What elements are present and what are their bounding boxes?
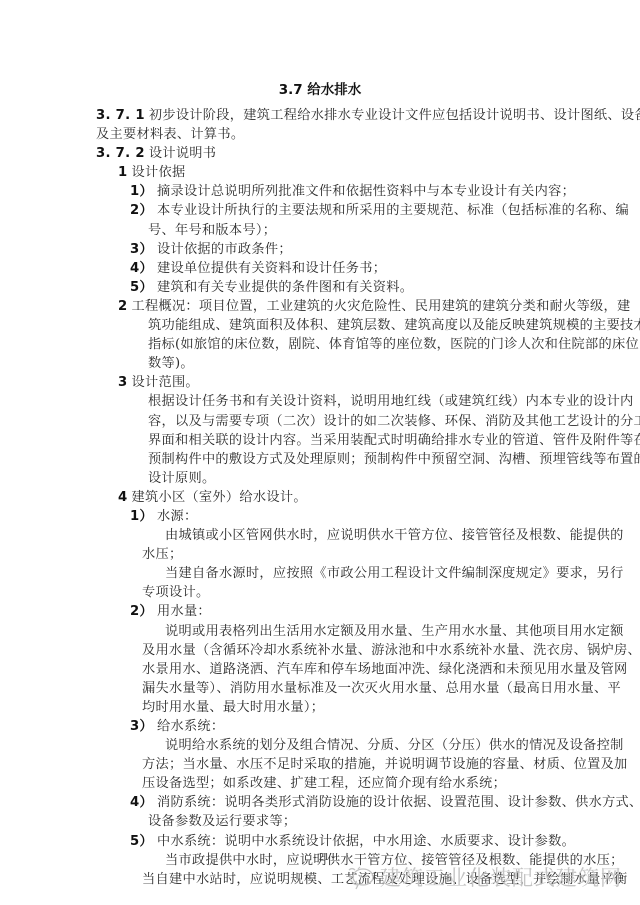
line-text: 设计依据的市政条件； xyxy=(157,242,292,257)
line-text: 用水量： xyxy=(157,604,211,619)
watermark-text: 建筑工业化装配式建筑网 xyxy=(380,862,622,892)
text-line: 3）设计依据的市政条件； xyxy=(96,240,546,259)
line-text: 给水系统： xyxy=(157,719,224,734)
clause-number: 4 xyxy=(118,490,127,505)
text-line: 漏失水量等）、消防用水量标准及一次灭火用水量、总用水量（最高日用水量、平 xyxy=(96,679,546,698)
line-text: 建筑小区（室外）给水设计。 xyxy=(131,490,306,505)
line-text: 方法；当水量、水压不足时采取的措施，并说明调节设施的容量、材质、位置及加 xyxy=(142,757,628,772)
line-text: 本专业设计所执行的主要法规和所采用的主要规范、标准（包括标准的名称、编 xyxy=(157,203,629,218)
clause-number: 3. 7. 1 xyxy=(96,108,145,123)
section-title: 3.7 给水排水 xyxy=(0,78,640,98)
text-line: 及用水量（含循环冷却水系统补水量、游泳池和中水系统补水量、洗衣房、锅炉房、 xyxy=(96,641,546,660)
text-line: 设备参数及运行要求等； xyxy=(96,812,546,831)
text-line: 预制构件中的敷设方式及处理原则；预制构件中预留空洞、沟槽、预埋管线等布置的 xyxy=(96,450,546,469)
clause-number: 5） xyxy=(130,280,153,295)
clause-number: 3. 7. 2 xyxy=(96,146,145,161)
text-line: 筑功能组成、建筑面积及体积、建筑层数、建筑高度以及能反映建筑规模的主要技术 xyxy=(96,316,546,335)
line-text: 筑功能组成、建筑面积及体积、建筑层数、建筑高度以及能反映建筑规模的主要技术 xyxy=(148,318,640,333)
line-text: 消防系统：说明各类形式消防设施的设计依据、设置范围、设计参数、供水方式、 xyxy=(157,795,640,810)
line-text: 容，以及与需要专项（二次）设计的如二次装修、环保、消防及其他工艺设计的分工 xyxy=(148,414,640,429)
text-line: 号、年号和版本号）； xyxy=(96,221,546,240)
text-line: 1）摘录设计总说明所列批准文件和依据性资料中与本专业设计有关内容； xyxy=(96,182,546,201)
text-line: 方法；当水量、水压不足时采取的措施，并说明调节设施的容量、材质、位置及加 xyxy=(96,755,546,774)
clause-number: 2 xyxy=(118,299,127,314)
clause-number: 2） xyxy=(130,203,153,218)
line-text: 压设备选型；如系改建、扩建工程，还应简介现有给水系统； xyxy=(142,776,506,791)
line-text: 预制构件中的敷设方式及处理原则；预制构件中预留空洞、沟槽、预埋管线等布置的 xyxy=(148,452,640,467)
text-line: 4）建设单位提供有关资料和设计任务书； xyxy=(96,259,546,278)
text-line: 容，以及与需要专项（二次）设计的如二次装修、环保、消防及其他工艺设计的分工 xyxy=(96,412,546,431)
clause-number: 1） xyxy=(130,509,153,524)
clause-number: 1 xyxy=(118,165,127,180)
line-text: 设计说明书 xyxy=(149,146,216,161)
text-line: 3）给水系统： xyxy=(96,717,546,736)
text-line: 5）建筑和有关专业提供的条件图和有关资料。 xyxy=(96,278,546,297)
text-line: 3设计范围。 xyxy=(96,373,546,392)
line-text: 数等)。 xyxy=(148,356,194,371)
line-text: 均时用水量、最大时用水量）； xyxy=(142,700,324,715)
document-page: 3.7 给水排水 3. 7. 1初步设计阶段，建筑工程给水排水专业设计文件应包括… xyxy=(0,0,640,905)
text-line: 2工程概况：项目位置，工业建筑的火灾危险性、民用建筑的建筑分类和耐火等级，建 xyxy=(96,297,546,316)
text-line: 3. 7. 2设计说明书 xyxy=(96,144,546,163)
text-line: 及主要材料表、计算书。 xyxy=(96,125,546,144)
line-text: 水景用水、道路浇洒、汽车库和停车场地面冲洗、绿化浇洒和未预见用水量及管网 xyxy=(142,662,628,677)
line-text: 漏失水量等）、消防用水量标准及一次灭火用水量、总用水量（最高日用水量、平 xyxy=(142,681,621,696)
clause-number: 5） xyxy=(130,834,153,849)
line-text: 建筑和有关专业提供的条件图和有关资料。 xyxy=(157,280,413,295)
text-line: 5）中水系统：说明中水系统设计依据，中水用途、水质要求、设计参数。 xyxy=(96,832,546,851)
line-text: 及主要材料表、计算书。 xyxy=(96,127,244,142)
text-line: 由城镇或小区管网供水时，应说明供水干管方位、接管管径及根数、能提供的 xyxy=(96,526,546,545)
text-line: 压设备选型；如系改建、扩建工程，还应简介现有给水系统； xyxy=(96,774,546,793)
line-text: 说明或用表格列出生活用水定额及用水量、生产用水水量、其他项目用水定额 xyxy=(165,624,624,639)
line-text: 设计依据 xyxy=(131,165,185,180)
text-line: 专项设计。 xyxy=(96,583,546,602)
line-text: 摘录设计总说明所列批准文件和依据性资料中与本专业设计有关内容； xyxy=(157,184,575,199)
document-body: 3. 7. 1初步设计阶段，建筑工程给水排水专业设计文件应包括设计说明书、设计图… xyxy=(96,106,546,889)
line-text: 建设单位提供有关资料和设计任务书； xyxy=(157,261,386,276)
clause-number: 4） xyxy=(130,261,153,276)
text-line: 1）水源： xyxy=(96,507,546,526)
line-text: 水源： xyxy=(157,509,197,524)
wechat-icon xyxy=(346,864,376,890)
text-line: 界面和相关联的设计内容。当采用装配式时明确给排水专业的管道、管件及附件等在 xyxy=(96,431,546,450)
text-line: 4建筑小区（室外）给水设计。 xyxy=(96,488,546,507)
text-line: 水景用水、道路浇洒、汽车库和停车场地面冲洗、绿化浇洒和未预见用水量及管网 xyxy=(96,660,546,679)
line-text: 设备参数及运行要求等； xyxy=(148,814,296,829)
clause-number: 4） xyxy=(130,795,153,810)
line-text: 指标(如旅馆的床位数，剧院、体育馆等的座位数，医院的门诊人次和住院部的床位 xyxy=(148,337,639,352)
text-line: 4）消防系统：说明各类形式消防设施的设计依据、设置范围、设计参数、供水方式、 xyxy=(96,793,546,812)
text-line: 当建自备水源时，应按照《市政公用工程设计文件编制深度规定》要求，另行 xyxy=(96,564,546,583)
text-line: 1设计依据 xyxy=(96,163,546,182)
clause-number: 3 xyxy=(118,375,127,390)
clause-number: 2） xyxy=(130,604,153,619)
text-line: 设计原则。 xyxy=(96,469,546,488)
line-text: 及用水量（含循环冷却水系统补水量、游泳池和中水系统补水量、洗衣房、锅炉房、 xyxy=(142,643,640,658)
line-text: 专项设计。 xyxy=(142,585,209,600)
line-text: 界面和相关联的设计内容。当采用装配式时明确给排水专业的管道、管件及附件等在 xyxy=(148,433,640,448)
text-line: 数等)。 xyxy=(96,354,546,373)
text-line: 均时用水量、最大时用水量）； xyxy=(96,698,546,717)
line-text: 由城镇或小区管网供水时，应说明供水干管方位、接管管径及根数、能提供的 xyxy=(165,528,624,543)
line-text: 当建自备水源时，应按照《市政公用工程设计文件编制深度规定》要求，另行 xyxy=(165,566,624,581)
watermark: 建筑工业化装配式建筑网 xyxy=(346,862,622,892)
line-text: 设计范围。 xyxy=(131,375,198,390)
text-line: 说明给水系统的划分及组合情况、分质、分区（分压）供水的情况及设备控制 xyxy=(96,736,546,755)
text-line: 3. 7. 1初步设计阶段，建筑工程给水排水专业设计文件应包括设计说明书、设计图… xyxy=(96,106,546,125)
line-text: 工程概况：项目位置，工业建筑的火灾危险性、民用建筑的建筑分类和耐火等级，建 xyxy=(131,299,630,314)
line-text: 根据设计任务书和有关设计资料，说明用地红线（或建筑红线）内本专业的设计内 xyxy=(148,394,634,409)
clause-number: 3） xyxy=(130,719,153,734)
line-text: 设计原则。 xyxy=(148,471,215,486)
line-text: 水压； xyxy=(142,547,182,562)
text-line: 说明或用表格列出生活用水定额及用水量、生产用水水量、其他项目用水定额 xyxy=(96,622,546,641)
line-text: 说明给水系统的划分及组合情况、分质、分区（分压）供水的情况及设备控制 xyxy=(165,738,624,753)
line-text: 初步设计阶段，建筑工程给水排水专业设计文件应包括设计说明书、设计图纸、设备 xyxy=(149,108,640,123)
text-line: 根据设计任务书和有关设计资料，说明用地红线（或建筑红线）内本专业的设计内 xyxy=(96,392,546,411)
text-line: 水压； xyxy=(96,545,546,564)
line-text: 号、年号和版本号）； xyxy=(148,223,276,238)
clause-number: 3） xyxy=(130,242,153,257)
text-line: 2）用水量： xyxy=(96,602,546,621)
text-line: 指标(如旅馆的床位数，剧院、体育馆等的座位数，医院的门诊人次和住院部的床位 xyxy=(96,335,546,354)
text-line: 2）本专业设计所执行的主要法规和所采用的主要规范、标准（包括标准的名称、编 xyxy=(96,201,546,220)
line-text: 中水系统：说明中水系统设计依据，中水用途、水质要求、设计参数。 xyxy=(157,834,575,849)
clause-number: 1） xyxy=(130,184,153,199)
